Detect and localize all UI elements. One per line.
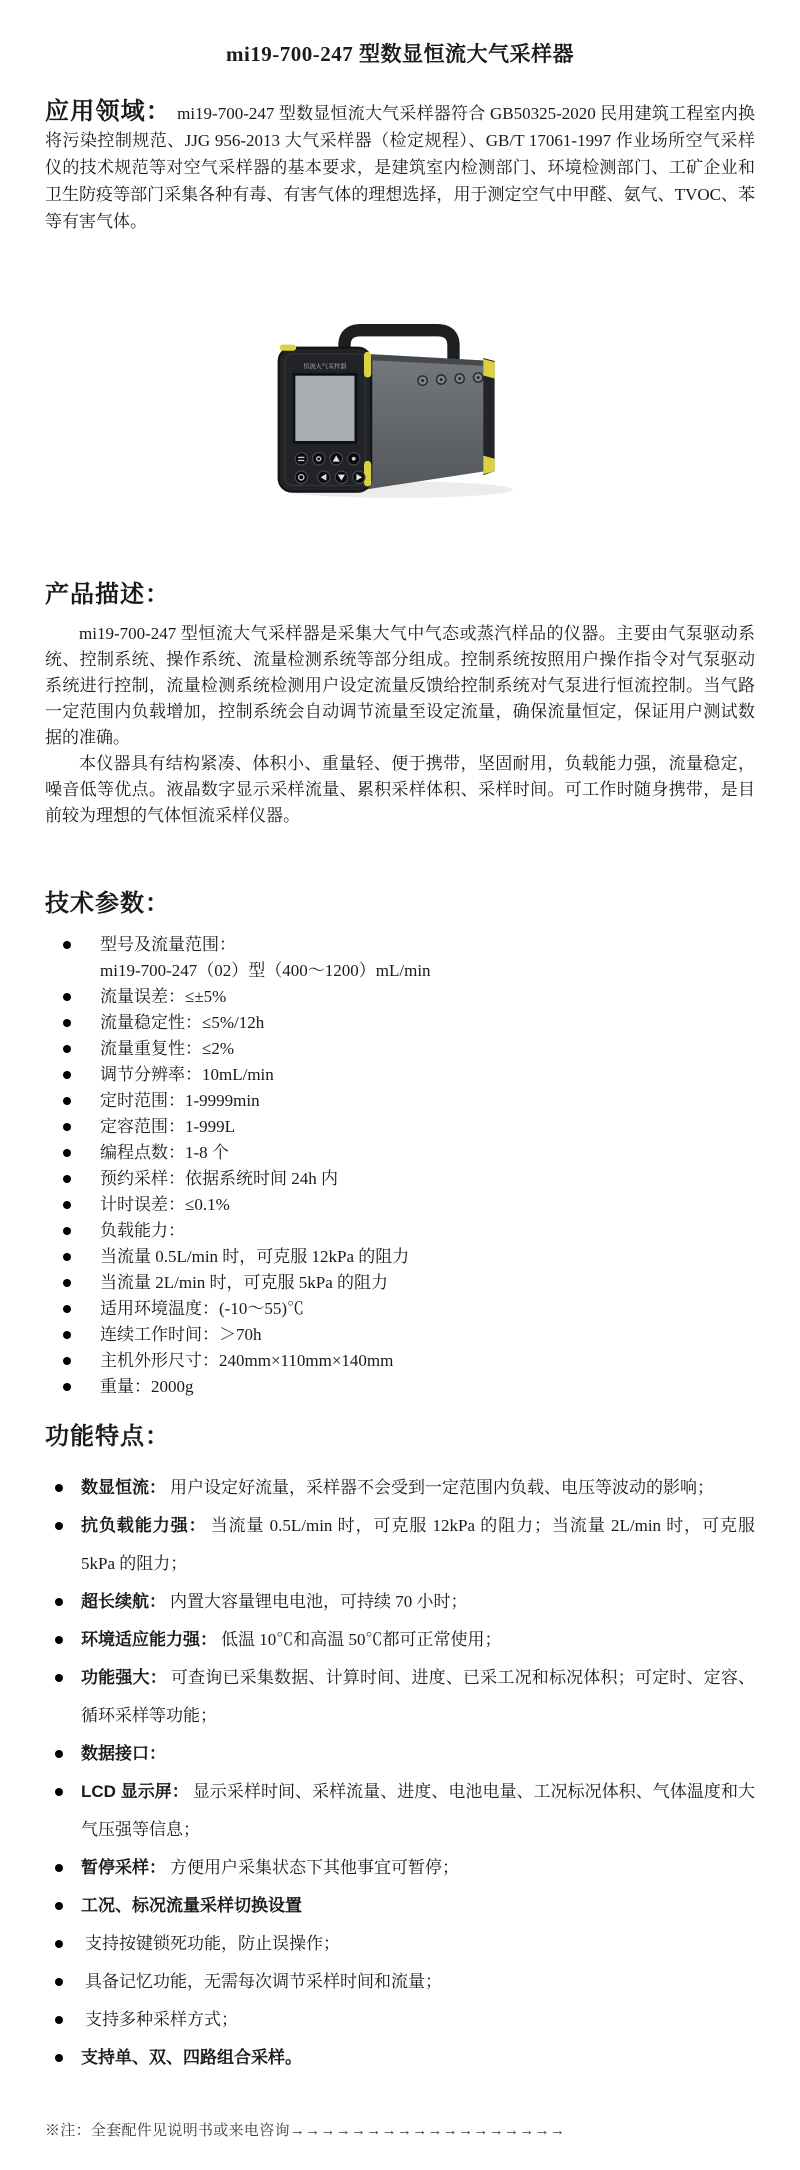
feature-text: 支持多种采样方式； (85, 2010, 238, 2029)
bullet-icon (55, 2016, 63, 2024)
bullet-icon (55, 1750, 63, 1758)
arrow-trail: →→→→→→→→→→→→→→→→→→ (290, 2123, 565, 2139)
tech-param-text: 流量重复性：≤2% (100, 1039, 234, 1058)
yellow-corner-accent (483, 359, 494, 379)
tech-param-text: 负载能力： (100, 1221, 185, 1240)
tech-param-text: 当流量 0.5L/min 时，可克服 12kPa 的阻力 (100, 1247, 409, 1266)
bullet-icon (63, 1331, 71, 1339)
footer-note: ※注：全套配件见说明书或来电咨询→→→→→→→→→→→→→→→→→→ (45, 2119, 755, 2140)
tech-param-text: 流量稳定性：≤5%/12h (100, 1013, 264, 1032)
bullet-icon (63, 1253, 71, 1261)
tech-param-item: 流量误差：≤±5% (63, 984, 755, 1010)
yellow-corner-accent (364, 461, 371, 487)
bullet-icon (63, 1019, 71, 1027)
tech-param-text: 重量：2000g (100, 1377, 194, 1396)
bullet-icon (55, 1636, 63, 1644)
tech-param-item: 编程点数：1-8 个 (63, 1140, 755, 1166)
feature-item: 暂停采样：方便用户采集状态下其他事宜可暂停； (55, 1849, 755, 1887)
description-section: 产品描述： mi19-700-247 型恒流大气采样器是采集大气中气态或蒸汽样品… (45, 574, 755, 829)
yellow-corner-accent (483, 456, 494, 475)
feature-term: 数据接口： (81, 1744, 166, 1763)
bullet-icon (63, 1279, 71, 1287)
tech-params-list: 型号及流量范围： mi19-700-247（02）型（400～1200）mL/m… (63, 932, 755, 1400)
features-section: 功能特点： 数显恒流：用户设定好流量，采样器不会受到一定范围内负载、电压等波动的… (45, 1416, 755, 2077)
tech-param-item: 型号及流量范围： mi19-700-247（02）型（400～1200）mL/m… (63, 932, 755, 984)
feature-item: 超长续航：内置大容量锂电电池，可持续 70 小时； (55, 1583, 755, 1621)
device-screen (294, 374, 356, 442)
bullet-icon (63, 1201, 71, 1209)
bullet-icon (63, 1149, 71, 1157)
feature-text: 具备记忆功能，无需每次调节采样时间和流量； (85, 1972, 442, 1991)
tech-param-text: 流量误差：≤±5% (100, 987, 226, 1006)
tech-param-item: 预约采样：依据系统时间 24h 内 (63, 1166, 755, 1192)
tech-param-text: 主机外形尺寸：240mm×110mm×140mm (100, 1351, 393, 1370)
tech-param-text: 当流量 2L/min 时，可克服 5kPa 的阻力 (100, 1273, 388, 1292)
yellow-corner-accent (364, 352, 371, 378)
tech-param-item: 主机外形尺寸：240mm×110mm×140mm (63, 1348, 755, 1374)
feature-term: 支持单、双、四路组合采样。 (81, 2048, 302, 2067)
feature-text: 用户设定好流量，采样器不会受到一定范围内负载、电压等波动的影响； (170, 1478, 714, 1497)
device-side-panel (365, 354, 493, 490)
bullet-icon (63, 1071, 71, 1079)
bullet-icon (63, 1123, 71, 1131)
feature-item: 具备记忆功能，无需每次调节采样时间和流量； (55, 1963, 755, 2001)
bullet-icon (55, 1598, 63, 1606)
tech-param-item: 负载能力： (63, 1218, 755, 1244)
page-title: mi19-700-247 型数显恒流大气采样器 (45, 38, 755, 68)
feature-text: 低温 10℃和高温 50℃都可正常使用； (221, 1630, 502, 1649)
description-heading: 产品描述： (45, 574, 755, 609)
feature-term: 抗负载能力强： (81, 1516, 207, 1535)
features-heading: 功能特点： (45, 1416, 755, 1451)
footer-note-text: ※注：全套配件见说明书或来电咨询 (45, 2123, 290, 2139)
bullet-icon (63, 1227, 71, 1235)
bullet-icon (63, 1045, 71, 1053)
tech-param-text: 适用环境温度：(-10～55)℃ (100, 1299, 304, 1318)
tech-param-item: 流量稳定性：≤5%/12h (63, 1010, 755, 1036)
bullet-icon (55, 1484, 63, 1492)
bullet-icon (63, 1305, 71, 1313)
bullet-icon (63, 1175, 71, 1183)
tech-param-text: 预约采样：依据系统时间 24h 内 (100, 1169, 338, 1188)
feature-term: 数显恒流： (81, 1478, 166, 1497)
feature-term: 功能强大： (81, 1668, 167, 1687)
bullet-icon (55, 2054, 63, 2062)
bullet-icon (55, 1902, 63, 1910)
tech-param-item: 连续工作时间：＞70h (63, 1322, 755, 1348)
feature-item: LCD 显示屏：显示采样时间、采样流量、进度、电池电量、工况标况体积、气体温度和… (55, 1773, 755, 1849)
bullet-icon (55, 1978, 63, 1986)
product-image: 恒流大气采样器 (275, 323, 525, 508)
feature-text: 支持按键锁死功能，防止误操作； (85, 1934, 340, 1953)
feature-item: 数显恒流：用户设定好流量，采样器不会受到一定范围内负载、电压等波动的影响； (55, 1469, 755, 1507)
bullet-icon (55, 1864, 63, 1872)
feature-item: 环境适应能力强：低温 10℃和高温 50℃都可正常使用； (55, 1621, 755, 1659)
application-section: 应用领域：mi19-700-247 型数显恒流大气采样器符合 GB50325-2… (45, 98, 755, 235)
feature-item: 数据接口： (55, 1735, 755, 1773)
feature-term: 工况、标况流量采样切换设置 (81, 1896, 302, 1915)
bullet-icon (55, 1940, 63, 1948)
tech-param-item: 定容范围：1-999L (63, 1114, 755, 1140)
tech-param-text: 调节分辨率：10mL/min (100, 1065, 274, 1084)
bullet-icon (63, 1097, 71, 1105)
description-paragraph: 本仪器具有结构紧凑、体积小、重量轻、便于携带，坚固耐用，负载能力强，流量稳定，噪… (45, 751, 755, 829)
tech-param-text: 计时误差：≤0.1% (100, 1195, 230, 1214)
tech-param-text: 连续工作时间：＞70h (100, 1325, 262, 1344)
feature-term: LCD 显示屏： (81, 1782, 189, 1801)
feature-term: 超长续航： (81, 1592, 166, 1611)
document-page: mi19-700-247 型数显恒流大气采样器 应用领域：mi19-700-24… (0, 0, 800, 2170)
device-label: 恒流大气采样器 (303, 362, 346, 370)
tech-param-text: 定时范围：1-9999min (100, 1091, 260, 1110)
feature-item: 工况、标况流量采样切换设置 (55, 1887, 755, 1925)
device-illustration: 恒流大气采样器 (275, 323, 525, 503)
tech-param-item: 当流量 2L/min 时，可克服 5kPa 的阻力 (63, 1270, 755, 1296)
application-heading: 应用领域： (45, 98, 171, 125)
tech-param-item: 当流量 0.5L/min 时，可克服 12kPa 的阻力 (63, 1244, 755, 1270)
tech-param-item: 定时范围：1-9999min (63, 1088, 755, 1114)
feature-text: 可查询已采集数据、计算时间、进度、已采工况和标况体积；可定时、定容、循环采样等功… (81, 1668, 755, 1725)
yellow-corner-accent (280, 345, 296, 351)
feature-item: 支持按键锁死功能，防止误操作； (55, 1925, 755, 1963)
feature-item: 功能强大：可查询已采集数据、计算时间、进度、已采工况和标况体积；可定时、定容、循… (55, 1659, 755, 1735)
feature-item: 支持多种采样方式； (55, 2001, 755, 2039)
tech-param-item: 适用环境温度：(-10～55)℃ (63, 1296, 755, 1322)
bullet-icon (63, 993, 71, 1001)
tech-param-subline: mi19-700-247（02）型（400～1200）mL/min (100, 958, 755, 984)
bullet-icon (55, 1674, 63, 1682)
tech-param-item: 调节分辨率：10mL/min (63, 1062, 755, 1088)
feature-item: 抗负载能力强：当流量 0.5L/min 时，可克服 12kPa 的阻力；当流量 … (55, 1507, 755, 1583)
features-list: 数显恒流：用户设定好流量，采样器不会受到一定范围内负载、电压等波动的影响； 抗负… (55, 1469, 755, 2077)
bullet-icon (55, 1522, 63, 1530)
tech-params-heading: 技术参数： (45, 883, 755, 918)
feature-term: 暂停采样： (81, 1858, 166, 1877)
feature-term: 环境适应能力强： (81, 1630, 217, 1649)
feature-text: 内置大容量锂电电池，可持续 70 小时； (170, 1592, 468, 1611)
tech-param-item: 重量：2000g (63, 1374, 755, 1400)
feature-item: 支持单、双、四路组合采样。 (55, 2039, 755, 2077)
tech-param-text: 定容范围：1-999L (100, 1117, 235, 1136)
feature-text: 方便用户采集状态下其他事宜可暂停； (170, 1858, 459, 1877)
bullet-icon (63, 941, 71, 949)
tech-param-text: 编程点数：1-8 个 (100, 1143, 229, 1162)
bullet-icon (63, 1383, 71, 1391)
bullet-icon (55, 1788, 63, 1796)
bullet-icon (63, 1357, 71, 1365)
tech-param-text: 型号及流量范围： (100, 935, 236, 954)
tech-params-section: 技术参数： 型号及流量范围： mi19-700-247（02）型（400～120… (45, 883, 755, 1400)
description-paragraph: mi19-700-247 型恒流大气采样器是采集大气中气态或蒸汽样品的仪器。主要… (45, 621, 755, 751)
tech-param-item: 流量重复性：≤2% (63, 1036, 755, 1062)
tech-param-item: 计时误差：≤0.1% (63, 1192, 755, 1218)
